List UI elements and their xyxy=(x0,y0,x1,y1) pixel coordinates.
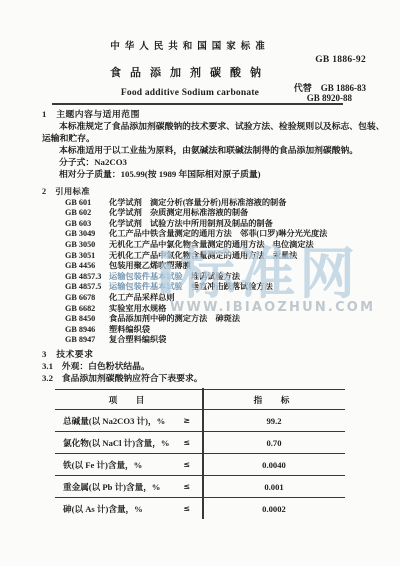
paragraph-line: 分子式：Na2CO3 xyxy=(42,156,390,168)
reference-title: 无机化工产品中氯化物含量测定的通用方法 电位滴定法 xyxy=(109,240,394,251)
section-references: 2 引用标准 GB 601 化学试剂 滴定分析(容量分析)用标准溶液的制备 GB… xyxy=(42,187,394,346)
table-header-row: 项 目 指 标 xyxy=(55,389,345,409)
standard-number: GB 1886-92 xyxy=(315,55,366,65)
reference-number: GB 3049 xyxy=(42,229,109,240)
reference-number: GB 3050 xyxy=(42,240,109,251)
reference-title-text: 化学试剂 杂质测定用标准溶液的制备 xyxy=(109,208,248,217)
requirement-line: 3.2 食品添加剂碳酸钠应符合下表要求。 xyxy=(42,372,390,384)
reference-number: GB 603 xyxy=(42,219,109,230)
reference-title: 化工产品中铁含量测定的通用方法 邻菲(口罗)啉分光光度法 xyxy=(109,229,394,240)
reference-title-text: 堆码试验方法 xyxy=(183,272,240,281)
specification-table: 项 目 指 标 总碱量(以 Na2CO3 计)，%≥ 99.2 氯化物(以 Na… xyxy=(55,389,345,519)
spec-item-label: 氯化物(以 NaCl 计)含量，% xyxy=(63,437,169,449)
column-header-value: 指 标 xyxy=(203,394,345,406)
section-scope: 1 主题内容与适用范围 本标准规定了食品添加剂碳酸钠的技术要求、试验方法、检验规… xyxy=(42,108,390,180)
reference-number: GB 601 xyxy=(42,198,109,209)
spec-item-label: 总碱量(以 Na2CO3 计)，% xyxy=(63,415,165,427)
reference-title-text: 塑料编织袋 xyxy=(109,325,150,334)
table-column-divider xyxy=(202,388,204,519)
reference-row: GB 3049 化工产品中铁含量测定的通用方法 邻菲(口罗)啉分光光度法 xyxy=(42,229,394,240)
section-technical-requirements: 3 技术要求 3.1 外观：白色粉状结晶。 3.2 食品添加剂碳酸钠应符合下表要… xyxy=(42,348,390,384)
requirement-line: 3.1 外观：白色粉状结晶。 xyxy=(42,360,390,372)
reference-title: 实验室用水规格 xyxy=(109,304,394,315)
reference-row: GB 4857.3 运输包装件基本试验 堆码试验方法 xyxy=(42,272,394,283)
national-standard-label: 中华人民共和国国家标准 xyxy=(20,42,360,52)
table-row: 砷(以 As 计)含量，%≤ 0.0002 xyxy=(55,497,345,519)
reference-title: 化学试剂 滴定分析(容量分析)用标准溶液的制备 xyxy=(109,198,394,209)
reference-title: 塑料编织袋 xyxy=(109,325,394,336)
reference-row: GB 8946 塑料编织袋 xyxy=(42,325,394,336)
reference-row: GB 6682 实验室用水规格 xyxy=(42,304,394,315)
reference-row: GB 8947 复合塑料编织袋 xyxy=(42,335,394,346)
reference-title: 运输包装件基本试验 堆码试验方法 xyxy=(109,272,394,283)
reference-row: GB 6678 化工产品采样总则 xyxy=(42,293,394,304)
table-row: 总碱量(以 Na2CO3 计)，%≥ 99.2 xyxy=(55,409,345,431)
reference-title: 化学试剂 杂质测定用标准溶液的制备 xyxy=(109,208,394,219)
spec-operator: ≥ xyxy=(183,416,190,425)
reference-title-text: 无机化工产品中氯化物含量测定的通用方法 电位滴定法 xyxy=(109,240,314,249)
reference-number: GB 4456 xyxy=(42,261,109,272)
table-body: 总碱量(以 Na2CO3 计)，%≥ 99.2 氯化物(以 NaCl 计)含量，… xyxy=(55,409,345,519)
spec-operator: ≤ xyxy=(183,504,190,513)
spec-operator: ≤ xyxy=(183,460,190,469)
reference-title: 无机化工产品中氯化物含量测定的通用方法 汞量法 xyxy=(109,251,394,262)
section-3-heading: 3 技术要求 xyxy=(42,348,390,360)
paragraph-line: 本标准适用于以工业盐为原料，由氨碱法和联碱法制得的食品添加剂碳酸钠。 xyxy=(42,144,390,156)
reference-title-text: 垂直冲击跌落试验方法 xyxy=(183,282,273,291)
spec-operator: ≤ xyxy=(183,438,190,447)
spec-item-label: 砷(以 As 计)含量，% xyxy=(63,503,143,515)
reference-number: GB 6678 xyxy=(42,293,109,304)
reference-number: GB 3051 xyxy=(42,251,109,262)
paragraph-line: 相对分子质量：105.99(按 1989 年国际相对原子质量) xyxy=(42,168,390,180)
replaced-standard-2: GB 8920-88 xyxy=(307,93,352,103)
section-1-paragraphs: 本标准规定了食品添加剂碳酸钠的技术要求、试验方法、检验规则以及标志、包装、 运输… xyxy=(42,120,390,180)
spec-value: 0.0040 xyxy=(203,460,345,470)
reference-number: GB 602 xyxy=(42,208,109,219)
column-header-item: 项 目 xyxy=(55,394,203,406)
reference-number: GB 8947 xyxy=(42,335,109,346)
paragraph-line: 运输和贮存。 xyxy=(42,132,390,144)
section-2-heading: 2 引用标准 xyxy=(42,187,394,198)
reference-title: 化工产品采样总则 xyxy=(109,293,394,304)
reference-row: GB 601 化学试剂 滴定分析(容量分析)用标准溶液的制备 xyxy=(42,198,394,209)
reference-number: GB 6682 xyxy=(42,304,109,315)
document-title-cn: 食品添加剂碳酸钠 xyxy=(20,67,360,79)
reference-title-text: 无机化工产品中氯化物含量测定的通用方法 汞量法 xyxy=(109,251,297,260)
table-row: 氯化物(以 NaCl 计)含量，%≤ 0.70 xyxy=(55,431,345,453)
spec-operator: ≤ xyxy=(183,482,190,491)
reference-row: GB 8450 食品添加剂中砷的测定方法 砷斑法 xyxy=(42,314,394,325)
reference-title-highlight: 运输包装件基本试验 xyxy=(109,272,183,281)
reference-title: 食品添加剂中砷的测定方法 砷斑法 xyxy=(109,314,394,325)
spec-item-cell: 总碱量(以 Na2CO3 计)，%≥ xyxy=(55,415,203,427)
spec-item-label: 重金属(以 Pb 计)含量，% xyxy=(63,481,160,493)
reference-number: GB 8946 xyxy=(42,325,109,336)
table-row: 铁(以 Fe 计)含量，%≤ 0.0040 xyxy=(55,453,345,475)
spec-item-cell: 重金属(以 Pb 计)含量，%≤ xyxy=(55,481,203,493)
reference-row: GB 4456 包装用聚乙烯吹塑薄膜 xyxy=(42,261,394,272)
spec-value: 99.2 xyxy=(203,416,345,426)
document-page: 中华人民共和国国家标准 GB 1886-92 食品添加剂碳酸钠 代替GB 188… xyxy=(0,0,400,566)
spec-item-cell: 氯化物(以 NaCl 计)含量，%≤ xyxy=(55,437,203,449)
reference-title-text: 复合塑料编织袋 xyxy=(109,335,166,344)
reference-title-text: 食品添加剂中砷的测定方法 砷斑法 xyxy=(109,314,240,323)
reference-title-text: 包装用聚乙烯吹塑薄膜 xyxy=(109,261,191,270)
spec-item-cell: 砷(以 As 计)含量，%≤ xyxy=(55,503,203,515)
reference-title: 化学试剂 试验方法中所用制剂及制品的制备 xyxy=(109,219,394,230)
paragraph-line: 本标准规定了食品添加剂碳酸钠的技术要求、试验方法、检验规则以及标志、包装、 xyxy=(42,120,390,132)
reference-title-text: 化学试剂 试验方法中所用制剂及制品的制备 xyxy=(109,219,273,228)
reference-title-text: 实验室用水规格 xyxy=(109,304,166,313)
spec-value: 0.70 xyxy=(203,438,345,448)
table-row: 重金属(以 Pb 计)含量，%≤ 0.001 xyxy=(55,475,345,497)
reference-row: GB 603 化学试剂 试验方法中所用制剂及制品的制备 xyxy=(42,219,394,230)
spec-value: 0.0002 xyxy=(203,504,345,514)
spec-value: 0.001 xyxy=(203,482,345,492)
reference-title: 复合塑料编织袋 xyxy=(109,335,394,346)
reference-title: 运输包装件基本试验 垂直冲击跌落试验方法 xyxy=(109,282,394,293)
reference-title-highlight: 运输包装件基本试验 xyxy=(109,282,183,291)
reference-row: GB 3051 无机化工产品中氯化物含量测定的通用方法 汞量法 xyxy=(42,251,394,262)
reference-title: 包装用聚乙烯吹塑薄膜 xyxy=(109,261,394,272)
section-3-items: 3.1 外观：白色粉状结晶。 3.2 食品添加剂碳酸钠应符合下表要求。 xyxy=(42,360,390,384)
reference-title-text: 化工产品采样总则 xyxy=(109,293,175,302)
spec-item-label: 铁(以 Fe 计)含量，% xyxy=(63,459,142,471)
reference-title-text: 化学试剂 滴定分析(容量分析)用标准溶液的制备 xyxy=(109,198,286,207)
reference-row: GB 3050 无机化工产品中氯化物含量测定的通用方法 电位滴定法 xyxy=(42,240,394,251)
reference-list: GB 601 化学试剂 滴定分析(容量分析)用标准溶液的制备 GB 602 化学… xyxy=(42,198,394,346)
spec-item-cell: 铁(以 Fe 计)含量，%≤ xyxy=(55,459,203,471)
header-divider-rule xyxy=(52,103,343,105)
reference-number: GB 8450 xyxy=(42,314,109,325)
reference-row: GB 4857.5 运输包装件基本试验 垂直冲击跌落试验方法 xyxy=(42,282,394,293)
section-1-heading: 1 主题内容与适用范围 xyxy=(42,108,390,120)
reference-title-text: 化工产品中铁含量测定的通用方法 邻菲(口罗)啉分光光度法 xyxy=(109,229,327,238)
reference-number: GB 4857.5 xyxy=(42,282,109,293)
reference-number: GB 4857.3 xyxy=(42,272,109,283)
reference-row: GB 602 化学试剂 杂质测定用标准溶液的制备 xyxy=(42,208,394,219)
